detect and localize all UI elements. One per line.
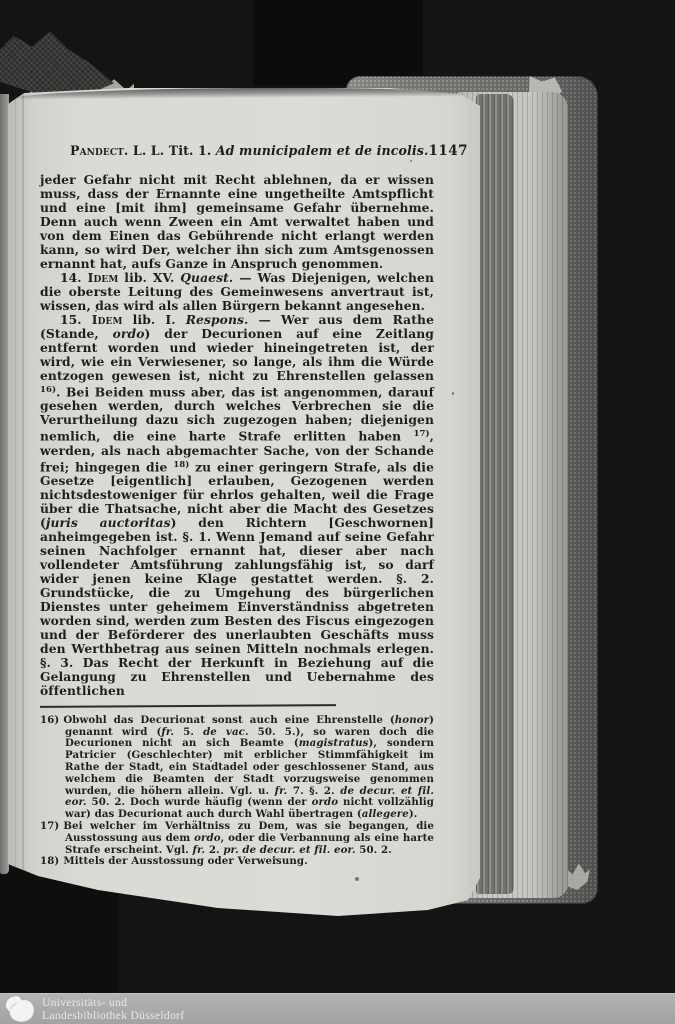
library-name-line2: Landesbibliothek Düsseldorf [42,1009,184,1022]
book-page: Pandect. L. L. Tit. 1. Ad municipalem et… [8,88,480,920]
page-content: Pandect. L. L. Tit. 1. Ad municipalem et… [40,144,434,868]
background-shadow-notch [253,0,423,86]
page-edge-shadow-band [476,94,514,894]
paragraph-15: 15. Idem lib. I. Respons. — Wer aus dem … [40,313,434,698]
running-title: Pandect. L. L. Tit. 1. Ad municipalem et… [70,144,428,158]
library-name: Universitäts- und Landesbibliothek Düsse… [42,996,184,1022]
dust-speck [95,310,97,312]
library-name-line1: Universitäts- und [42,996,184,1009]
page-crease [22,92,24,914]
library-footer-bar: Universitäts- und Landesbibliothek Düsse… [0,993,675,1024]
paragraph-14: 14. Idem lib. XV. Quaest. — Was Diejenig… [40,271,434,313]
page-crease [15,92,16,910]
dust-speck [410,160,412,162]
dust-speck [355,877,359,881]
footnote-label: 16) [40,714,63,726]
footnotes: 16)Obwohl das Decurionat sonst auch eine… [40,715,434,868]
page-number: 1147 [428,144,468,158]
footnote-rule [40,704,336,708]
footnote-label: 18) [40,855,63,867]
footnote-17: 17)Bei welcher im Verhältniss zu Dem, wa… [40,821,434,856]
dust-speck [275,858,277,860]
page-header: Pandect. L. L. Tit. 1. Ad municipalem et… [40,144,434,158]
footnote-18: 18)Mittels der Ausstossung oder Verweisu… [40,856,434,868]
library-logo-icon [3,994,37,1024]
gutter-page-sliver [0,94,9,874]
footnote-label: 17) [40,820,63,832]
footnote-16: 16)Obwohl das Decurionat sonst auch eine… [40,715,434,821]
body-text: jeder Gefahr nicht mit Recht ablehnen, d… [40,173,434,698]
dust-speck [452,392,454,395]
paragraph-continuation: jeder Gefahr nicht mit Recht ablehnen, d… [40,173,434,271]
scan-viewport: { "colors":{ "background":"#141414", "pa… [0,0,675,1024]
dust-speck [210,760,212,762]
